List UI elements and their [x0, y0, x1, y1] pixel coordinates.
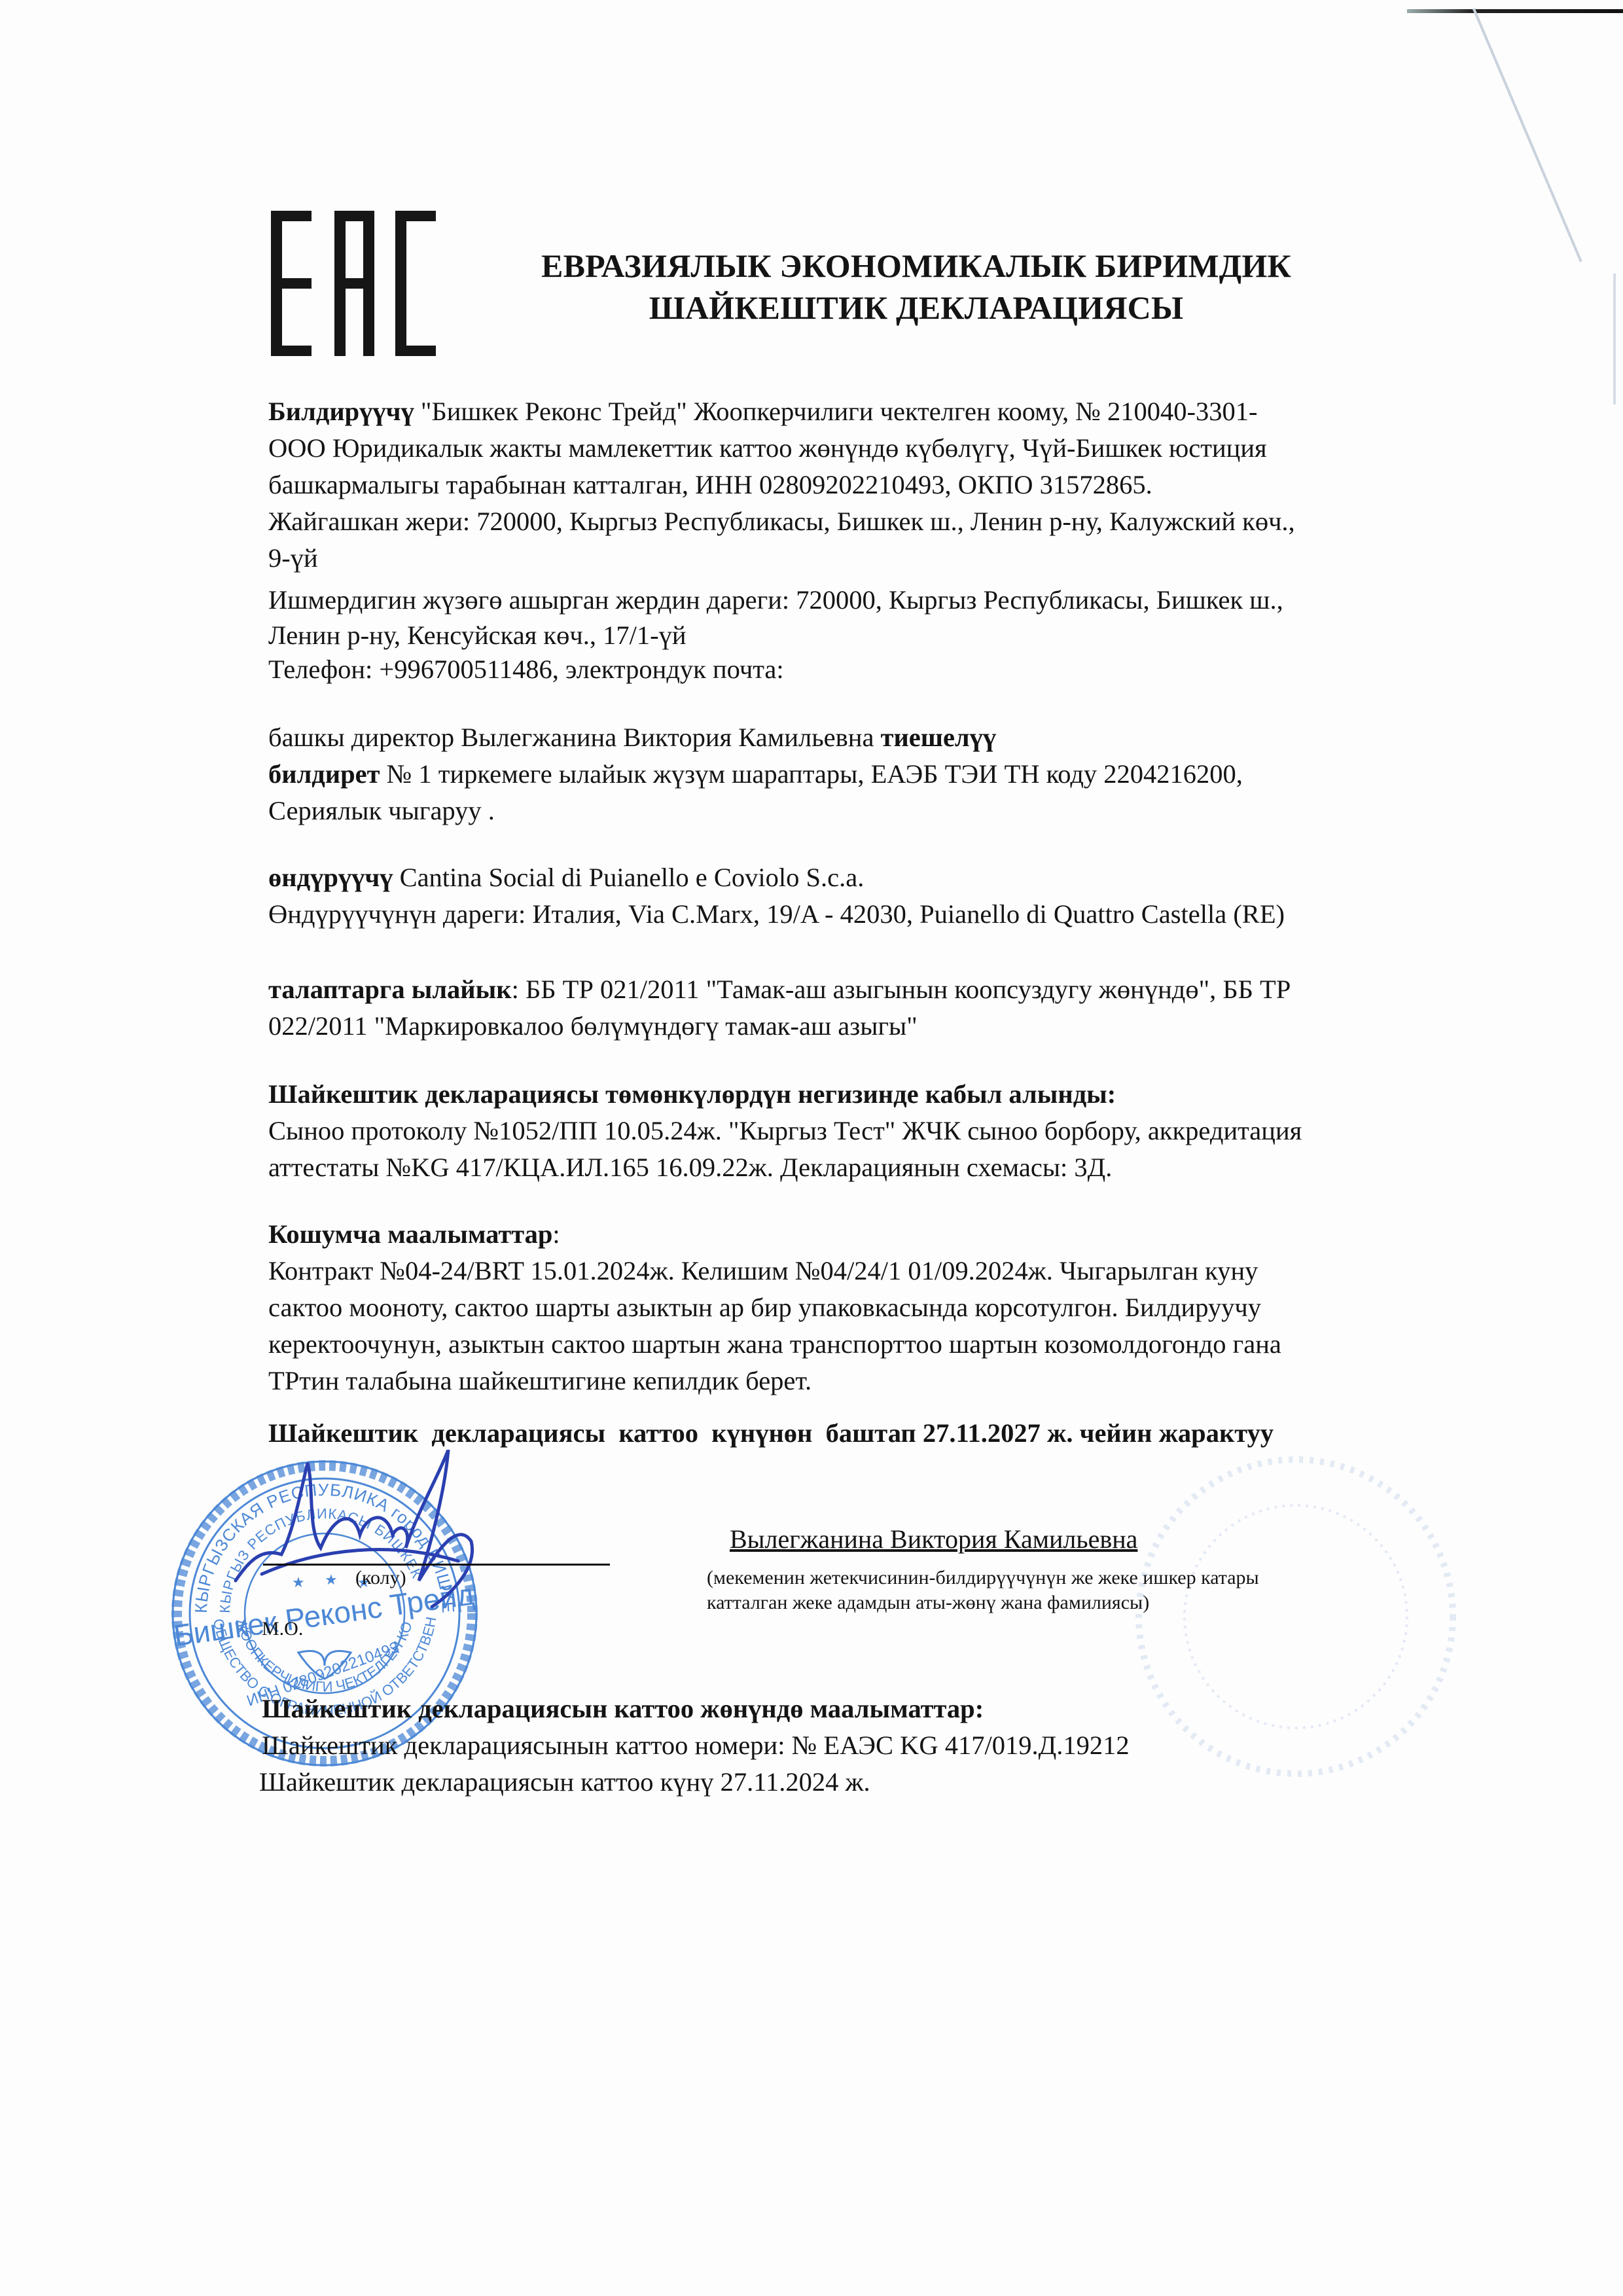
- eac-conformity-mark-icon: [271, 211, 442, 356]
- paper-fold-line: [1472, 8, 1582, 262]
- registration-date: Шайкештик декларациясын каттоо күнү 27.1…: [259, 1764, 1444, 1801]
- manufacturer-line: өндүрүүчү Cantina Social di Puianello e …: [268, 859, 1453, 896]
- handwritten-signature: [223, 1450, 510, 1620]
- paper-fold-line: [1613, 274, 1616, 404]
- director-line: башкы директор Вылегжанина Виктория Ками…: [268, 719, 1453, 756]
- signer-name: Вылегжанина Виктория Камильевна: [730, 1524, 1137, 1554]
- additional-line-4: ТРтин талабына шайкештигине кепилдик бер…: [268, 1363, 1453, 1399]
- product-line: билдирет № 1 тиркемеге ылайык жүзүм шара…: [268, 756, 1453, 793]
- scan-edge: [1407, 9, 1623, 13]
- seal-place-label: М.О.: [262, 1618, 303, 1640]
- declarant-address-house: 9-үй: [268, 540, 1453, 577]
- requirements-line-1: талаптарга ылайык: ББ ТР 021/2011 "Тамак…: [268, 971, 1453, 1008]
- declarant-label: Билдирүүчү: [268, 397, 414, 426]
- additional-line-2: сактоо мооноту, сактоо шарты азыктын ар …: [268, 1289, 1453, 1326]
- registration-number: Шайкештик декларациясынын каттоо номери:…: [262, 1727, 1446, 1764]
- declarant-line-2: ООО Юридикалык жакты мамлекеттик каттоо …: [268, 430, 1453, 467]
- signature-line: [263, 1564, 610, 1566]
- basis-heading: Шайкештик декларациясы төмөнкүлөрдүн нег…: [268, 1076, 1453, 1113]
- registration-heading: Шайкештик декларациясын каттоо жөнүндө м…: [262, 1691, 1446, 1727]
- title-line-2: ШАЙКЕШТИК ДЕКЛАРАЦИЯСЫ: [419, 287, 1414, 329]
- title-line-1: ЕВРАЗИЯЛЫК ЭКОНОМИКАЛЫК БИРИМДИК: [419, 245, 1414, 287]
- signer-caption: (мекеменин жетекчисинин-билдирүүчүнүн же…: [707, 1566, 1259, 1615]
- declaration-page: ЕВРАЗИЯЛЫК ЭКОНОМИКАЛЫК БИРИМДИК ШАЙКЕШТ…: [0, 0, 1623, 2296]
- additional-line-3: керектоочунун, азыктын сактоо шартын жан…: [268, 1326, 1453, 1363]
- activity-address-line-1: Ишмердигин жүзөгө ашырган жердин дареги:…: [268, 582, 1453, 619]
- additional-heading: Кошумча маалыматтар:: [268, 1216, 1453, 1253]
- additional-line-1: Контракт №04-24/BRT 15.01.2024ж. Келишим…: [268, 1253, 1453, 1289]
- activity-address-line-2: Ленин р-ну, Кенсуйская көч., 17/1-үй: [268, 617, 1453, 654]
- signature-caption: (колу): [355, 1567, 406, 1589]
- declarant-address: Жайгашкан жери: 720000, Кыргыз Республик…: [268, 503, 1453, 540]
- production-type: Сериялык чыгаруу .: [268, 793, 1453, 829]
- requirements-line-2: 022/2011 "Маркировкалоо бөлүмүндөгү тама…: [268, 1008, 1453, 1045]
- document-title: ЕВРАЗИЯЛЫК ЭКОНОМИКАЛЫК БИРИМДИК ШАЙКЕШТ…: [419, 245, 1414, 329]
- declarant-line-1: Билдирүүчү "Бишкек Реконс Трейд" Жоопкер…: [268, 393, 1453, 430]
- basis-line-2: аттестаты №KG 417/КЦА.ИЛ.165 16.09.22ж. …: [268, 1149, 1453, 1186]
- basis-line-1: Сыноо протоколу №1052/ПП 10.05.24ж. "Кыр…: [268, 1113, 1453, 1149]
- declarant-line-3: башкармалыгы тарабынан катталган, ИНН 02…: [268, 467, 1453, 503]
- declarant-contacts: Телефон: +996700511486, электрондук почт…: [268, 651, 1453, 688]
- manufacturer-address: Өндүрүүчүнүн дареги: Италия, Via C.Marx,…: [268, 896, 1453, 933]
